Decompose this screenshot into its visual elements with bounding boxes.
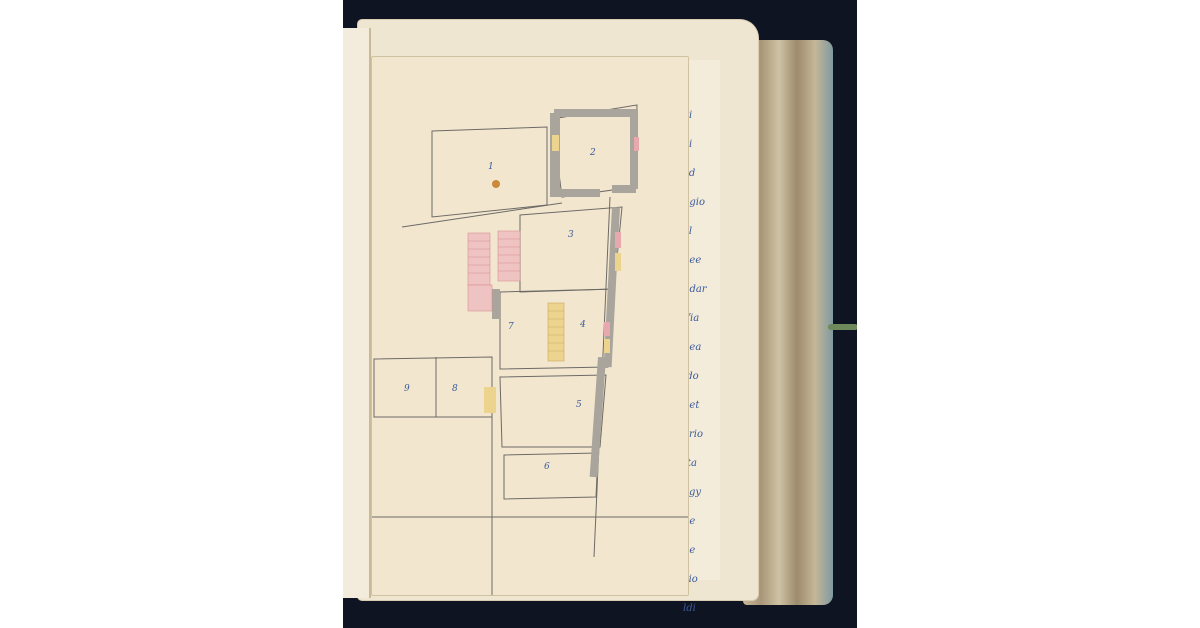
svg-text:1: 1	[488, 162, 494, 172]
ribbon-tie	[828, 324, 857, 330]
svg-text:5: 5	[576, 400, 582, 410]
svg-text:2: 2	[589, 148, 596, 158]
left-page-edge	[343, 28, 371, 598]
svg-text:8: 8	[452, 384, 458, 394]
floor-plan-drawing: 1 2 3 4 5 6 7 8 9	[372, 57, 688, 595]
floor-plan-page: 1 2 3 4 5 6 7 8 9	[371, 56, 689, 596]
svg-text:3: 3	[568, 230, 574, 240]
svg-text:6: 6	[544, 462, 550, 472]
room-1	[432, 127, 547, 217]
svg-text:7: 7	[508, 322, 514, 332]
book-photograph: ai ai ed ggio el dee ndar Via dea ldo de…	[343, 0, 857, 628]
svg-text:9: 9	[404, 384, 410, 394]
svg-text:4: 4	[579, 320, 586, 330]
